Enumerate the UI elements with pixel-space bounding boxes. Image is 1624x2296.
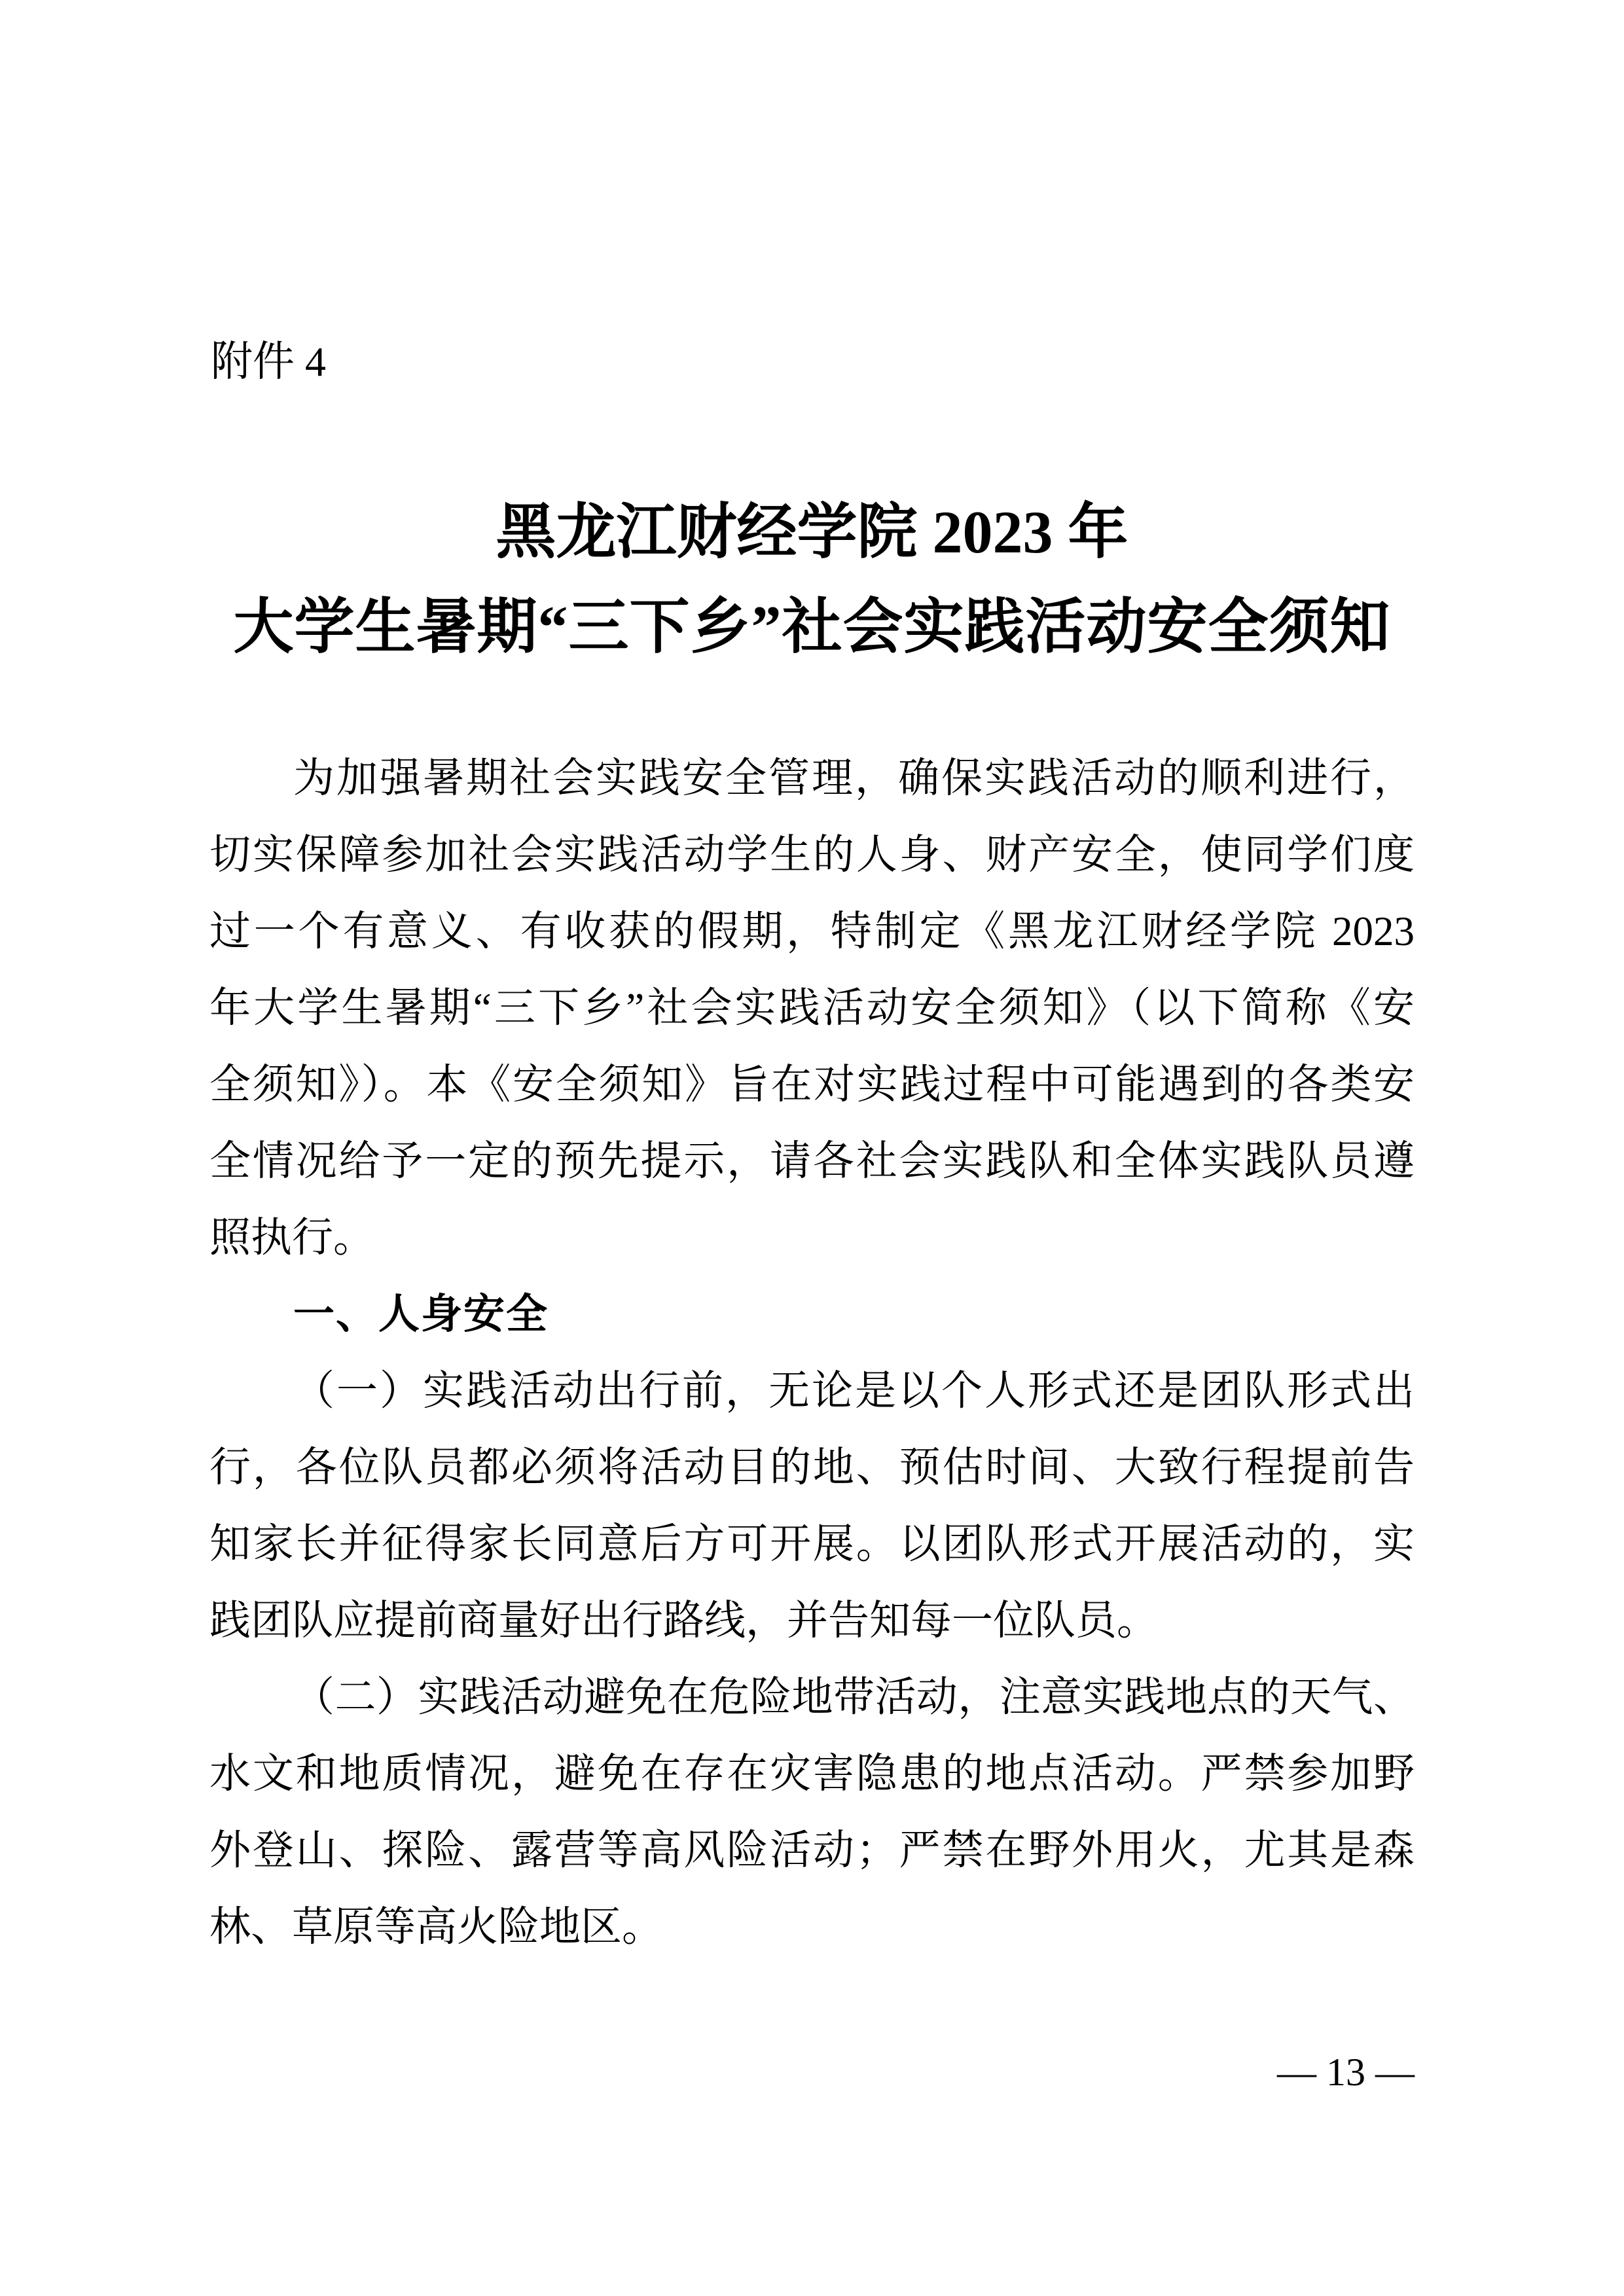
body-line: （二）实践活动避免在危险地带活动，注意实践地点的天气、 bbox=[209, 1659, 1415, 1736]
body-line: 全情况给予一定的预先提示，请各社会实践队和全体实践队员遵 bbox=[209, 1123, 1415, 1200]
body-line: 照执行。 bbox=[209, 1200, 1415, 1276]
body-line: 过一个有意义、有收获的假期，特制定《黑龙江财经学院 2023 bbox=[209, 893, 1415, 970]
body-line: 林、草原等高火险地区。 bbox=[209, 1889, 1415, 1965]
document-title-line1: 黑龙江财经学院 2023 年 bbox=[209, 501, 1415, 564]
section-heading: 一、人身安全 bbox=[209, 1276, 1415, 1353]
body-line: 行，各位队员都必须将活动目的地、预估时间、大致行程提前告 bbox=[209, 1429, 1415, 1506]
document-page: 附件 4 黑龙江财经学院 2023 年 大学生暑期“三下乡”社会实践活动安全须知… bbox=[0, 0, 1624, 2296]
body-line: （一）实践活动出行前，无论是以个人形式还是团队形式出 bbox=[209, 1353, 1415, 1429]
body-lines: 为加强暑期社会实践安全管理，确保实践活动的顺利进行，切实保障参加社会实践活动学生… bbox=[209, 740, 1415, 1965]
body-line: 知家长并征得家长同意后方可开展。以团队形式开展活动的，实 bbox=[209, 1506, 1415, 1583]
body-line: 践团队应提前商量好出行路线，并告知每一位队员。 bbox=[209, 1583, 1415, 1659]
document-title-line2: 大学生暑期“三下乡”社会实践活动安全须知 bbox=[209, 596, 1415, 659]
body-line: 水文和地质情况，避免在存在灾害隐患的地点活动。严禁参加野 bbox=[209, 1736, 1415, 1812]
body-line: 切实保障参加社会实践活动学生的人身、财产安全，使同学们度 bbox=[209, 817, 1415, 893]
body-line: 年大学生暑期“三下乡”社会实践活动安全须知》（以下简称《安 bbox=[209, 970, 1415, 1047]
attachment-label: 附件 4 bbox=[211, 331, 326, 393]
body-line: 全须知》）。本《安全须知》旨在对实践过程中可能遇到的各类安 bbox=[209, 1047, 1415, 1123]
body-line: 外登山、探险、露营等高风险活动；严禁在野外用火，尤其是森 bbox=[209, 1812, 1415, 1889]
page-number: — 13 — bbox=[209, 2053, 1415, 2092]
body-line: 为加强暑期社会实践安全管理，确保实践活动的顺利进行， bbox=[209, 740, 1415, 817]
